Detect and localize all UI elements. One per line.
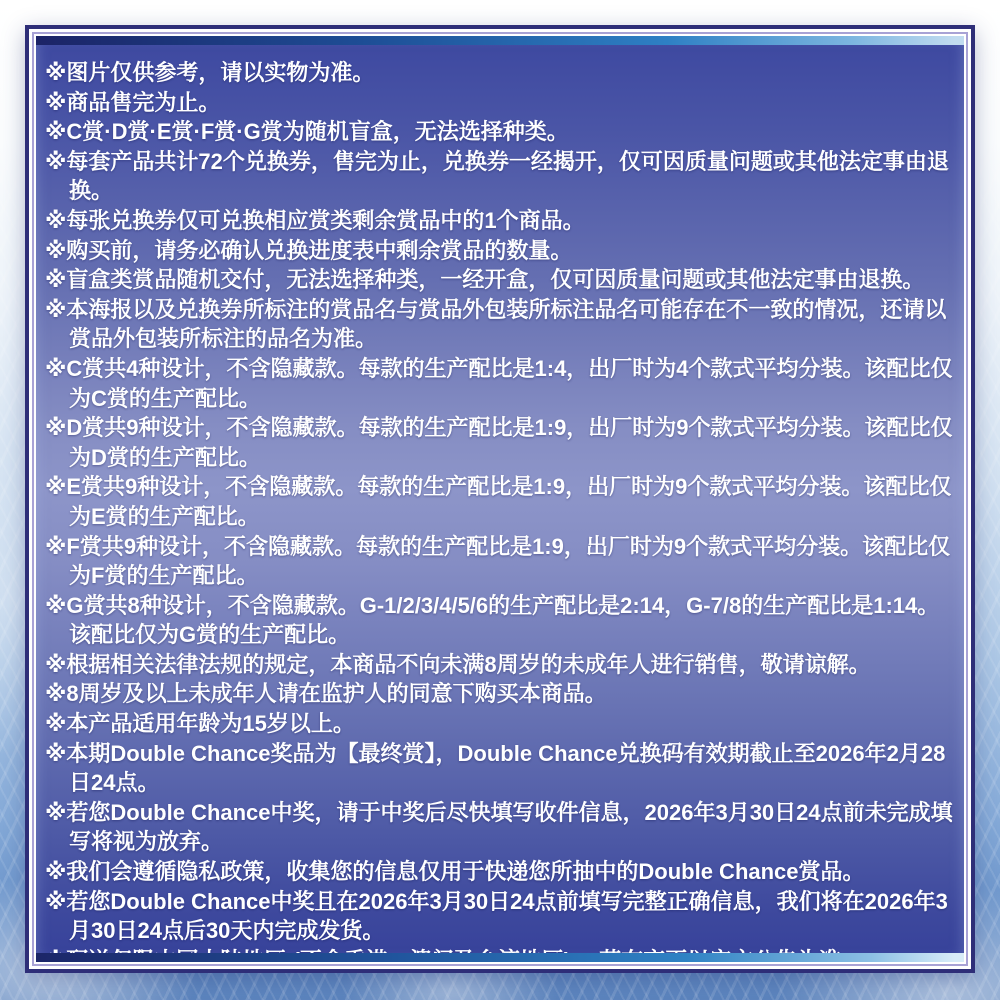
notice-item: ※若您Double Chance中奖且在2026年3月30日24点前填写完整正确… bbox=[45, 887, 956, 946]
notice-item: ※本期Double Chance奖品为【最终赏】，Double Chance兑换… bbox=[45, 739, 956, 798]
notice-item: ※配送仅限中国大陆地区 (不含香港、澳门及台湾地区) 。若有变更以官方公告为准。 bbox=[45, 946, 956, 953]
notice-item: ※本海报以及兑换券所标注的赏品名与赏品外包装所标注品名可能存在不一致的情况，还请… bbox=[45, 295, 956, 354]
notice-item: ※本产品适用年龄为15岁以上。 bbox=[45, 709, 956, 739]
notice-item: ※盲盒类赏品随机交付，无法选择种类，一经开盒，仅可因质量问题或其他法定事由退换。 bbox=[45, 265, 956, 295]
notice-item: ※每套产品共计72个兑换券，售完为止，兑换券一经揭开，仅可因质量问题或其他法定事… bbox=[45, 147, 956, 206]
notice-item: ※每张兑换券仅可兑换相应赏类剩余赏品中的1个商品。 bbox=[45, 206, 956, 236]
poster-background: ※图片仅供参考，请以实物为准。※商品售完为止。※C赏·D赏·E赏·F赏·G赏为随… bbox=[0, 0, 1000, 1000]
notice-panel: ※图片仅供参考，请以实物为准。※商品售完为止。※C赏·D赏·E赏·F赏·G赏为随… bbox=[36, 36, 964, 962]
bottom-accent-strip bbox=[36, 953, 964, 962]
notice-item: ※购买前，请务必确认兑换进度表中剩余赏品的数量。 bbox=[45, 236, 956, 266]
notice-item: ※商品售完为止。 bbox=[45, 88, 956, 118]
notice-item: ※C赏共4种设计，不含隐藏款。每款的生产配比是1:4，出厂时为4个款式平均分装。… bbox=[45, 354, 956, 413]
notice-item: ※E赏共9种设计，不含隐藏款。每款的生产配比是1:9，出厂时为9个款式平均分装。… bbox=[45, 472, 956, 531]
notice-item: ※F赏共9种设计，不含隐藏款。每款的生产配比是1:9，出厂时为9个款式平均分装。… bbox=[45, 532, 956, 591]
notice-item: ※C赏·D赏·E赏·F赏·G赏为随机盲盒，无法选择种类。 bbox=[45, 117, 956, 147]
notice-item: ※图片仅供参考，请以实物为准。 bbox=[45, 58, 956, 88]
notice-list: ※图片仅供参考，请以实物为准。※商品售完为止。※C赏·D赏·E赏·F赏·G赏为随… bbox=[36, 45, 964, 953]
notice-item: ※根据相关法律法规的规定，本商品不向未满8周岁的未成年人进行销售，敬请谅解。 bbox=[45, 650, 956, 680]
top-accent-strip bbox=[36, 36, 964, 45]
notice-item: ※G赏共8种设计，不含隐藏款。G-1/2/3/4/5/6的生产配比是2:14，G… bbox=[45, 591, 956, 650]
notice-item: ※若您Double Chance中奖，请于中奖后尽快填写收件信息，2026年3月… bbox=[45, 798, 956, 857]
notice-item: ※我们会遵循隐私政策，收集您的信息仅用于快递您所抽中的Double Chance… bbox=[45, 857, 956, 887]
notice-item: ※8周岁及以上未成年人请在监护人的同意下购买本商品。 bbox=[45, 679, 956, 709]
notice-item: ※D赏共9种设计，不含隐藏款。每款的生产配比是1:9，出厂时为9个款式平均分装。… bbox=[45, 413, 956, 472]
